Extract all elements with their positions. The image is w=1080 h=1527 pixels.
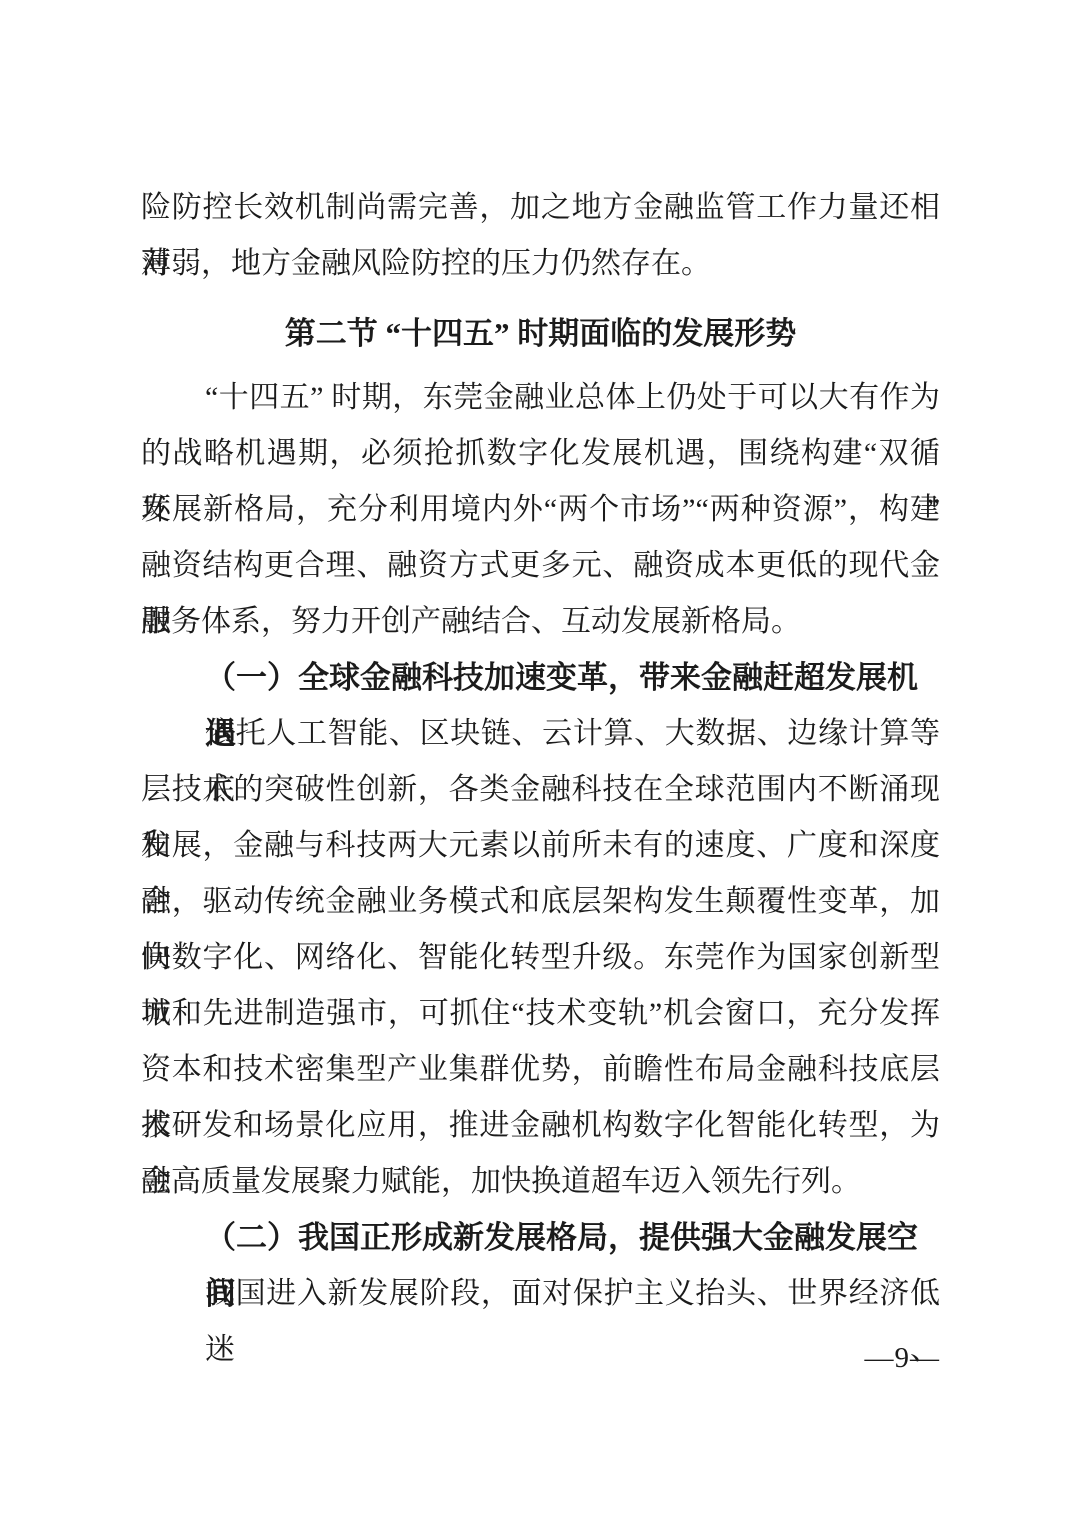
body-text-line: 向数字化、网络化、智能化转型升级。东莞作为国家创新型城	[141, 930, 940, 986]
body-text-line: “十四五” 时期，东莞金融业总体上仍处于可以大有作为	[141, 370, 940, 426]
body-text-line: 合，驱动传统金融业务模式和底层架构发生颠覆性变革，加快	[141, 874, 940, 930]
body-text-line: 发展，金融与科技两大元素以前所未有的速度、广度和深度融	[141, 818, 940, 874]
document-content: 险防控长效机制尚需完善，加之地方金融监管工作力量还相对薄弱，地方金融风险防控的压…	[141, 180, 940, 1322]
body-text-line: 服务体系，努力开创产融结合、互动发展新格局。	[141, 594, 940, 650]
body-text-line: 依托人工智能、区块链、云计算、大数据、边缘计算等底	[141, 706, 940, 762]
body-text-line: 薄弱，地方金融风险防控的压力仍然存在。	[141, 236, 940, 292]
subsection-heading: （二）我国正形成新发展格局，提供强大金融发展空间	[141, 1210, 940, 1266]
document-page: 险防控长效机制尚需完善，加之地方金融监管工作力量还相对薄弱，地方金融风险防控的压…	[0, 0, 1080, 1527]
body-text-line: 融资结构更合理、融资方式更多元、融资成本更低的现代金融	[141, 538, 940, 594]
subsection-heading: （一）全球金融科技加速变革，带来金融赶超发展机遇	[141, 650, 940, 706]
body-text-line: 发展新格局，充分利用境内外“两个市场”“两种资源”，构建	[141, 482, 940, 538]
body-text-line: 险防控长效机制尚需完善，加之地方金融监管工作力量还相对	[141, 180, 940, 236]
body-text-line: 融高质量发展聚力赋能，加快换道超车迈入领先行列。	[141, 1154, 940, 1210]
body-text-line: 资本和技术密集型产业集群优势，前瞻性布局金融科技底层技	[141, 1042, 940, 1098]
body-text-line: 市和先进制造强市，可抓住“技术变轨”机会窗口，充分发挥	[141, 986, 940, 1042]
body-text-line: 的战略机遇期，必须抢抓数字化发展机遇，围绕构建“双循环”	[141, 426, 940, 482]
body-text-line: 层技术的突破性创新，各类金融科技在全球范围内不断涌现和	[141, 762, 940, 818]
section-heading: 第二节 “十四五” 时期面临的发展形势	[141, 306, 940, 362]
body-text-line: 术研发和场景化应用，推进金融机构数字化智能化转型，为金	[141, 1098, 940, 1154]
page-number: —9—	[865, 1338, 941, 1378]
body-text-line: 我国进入新发展阶段，面对保护主义抬头、世界经济低迷、	[141, 1266, 940, 1322]
